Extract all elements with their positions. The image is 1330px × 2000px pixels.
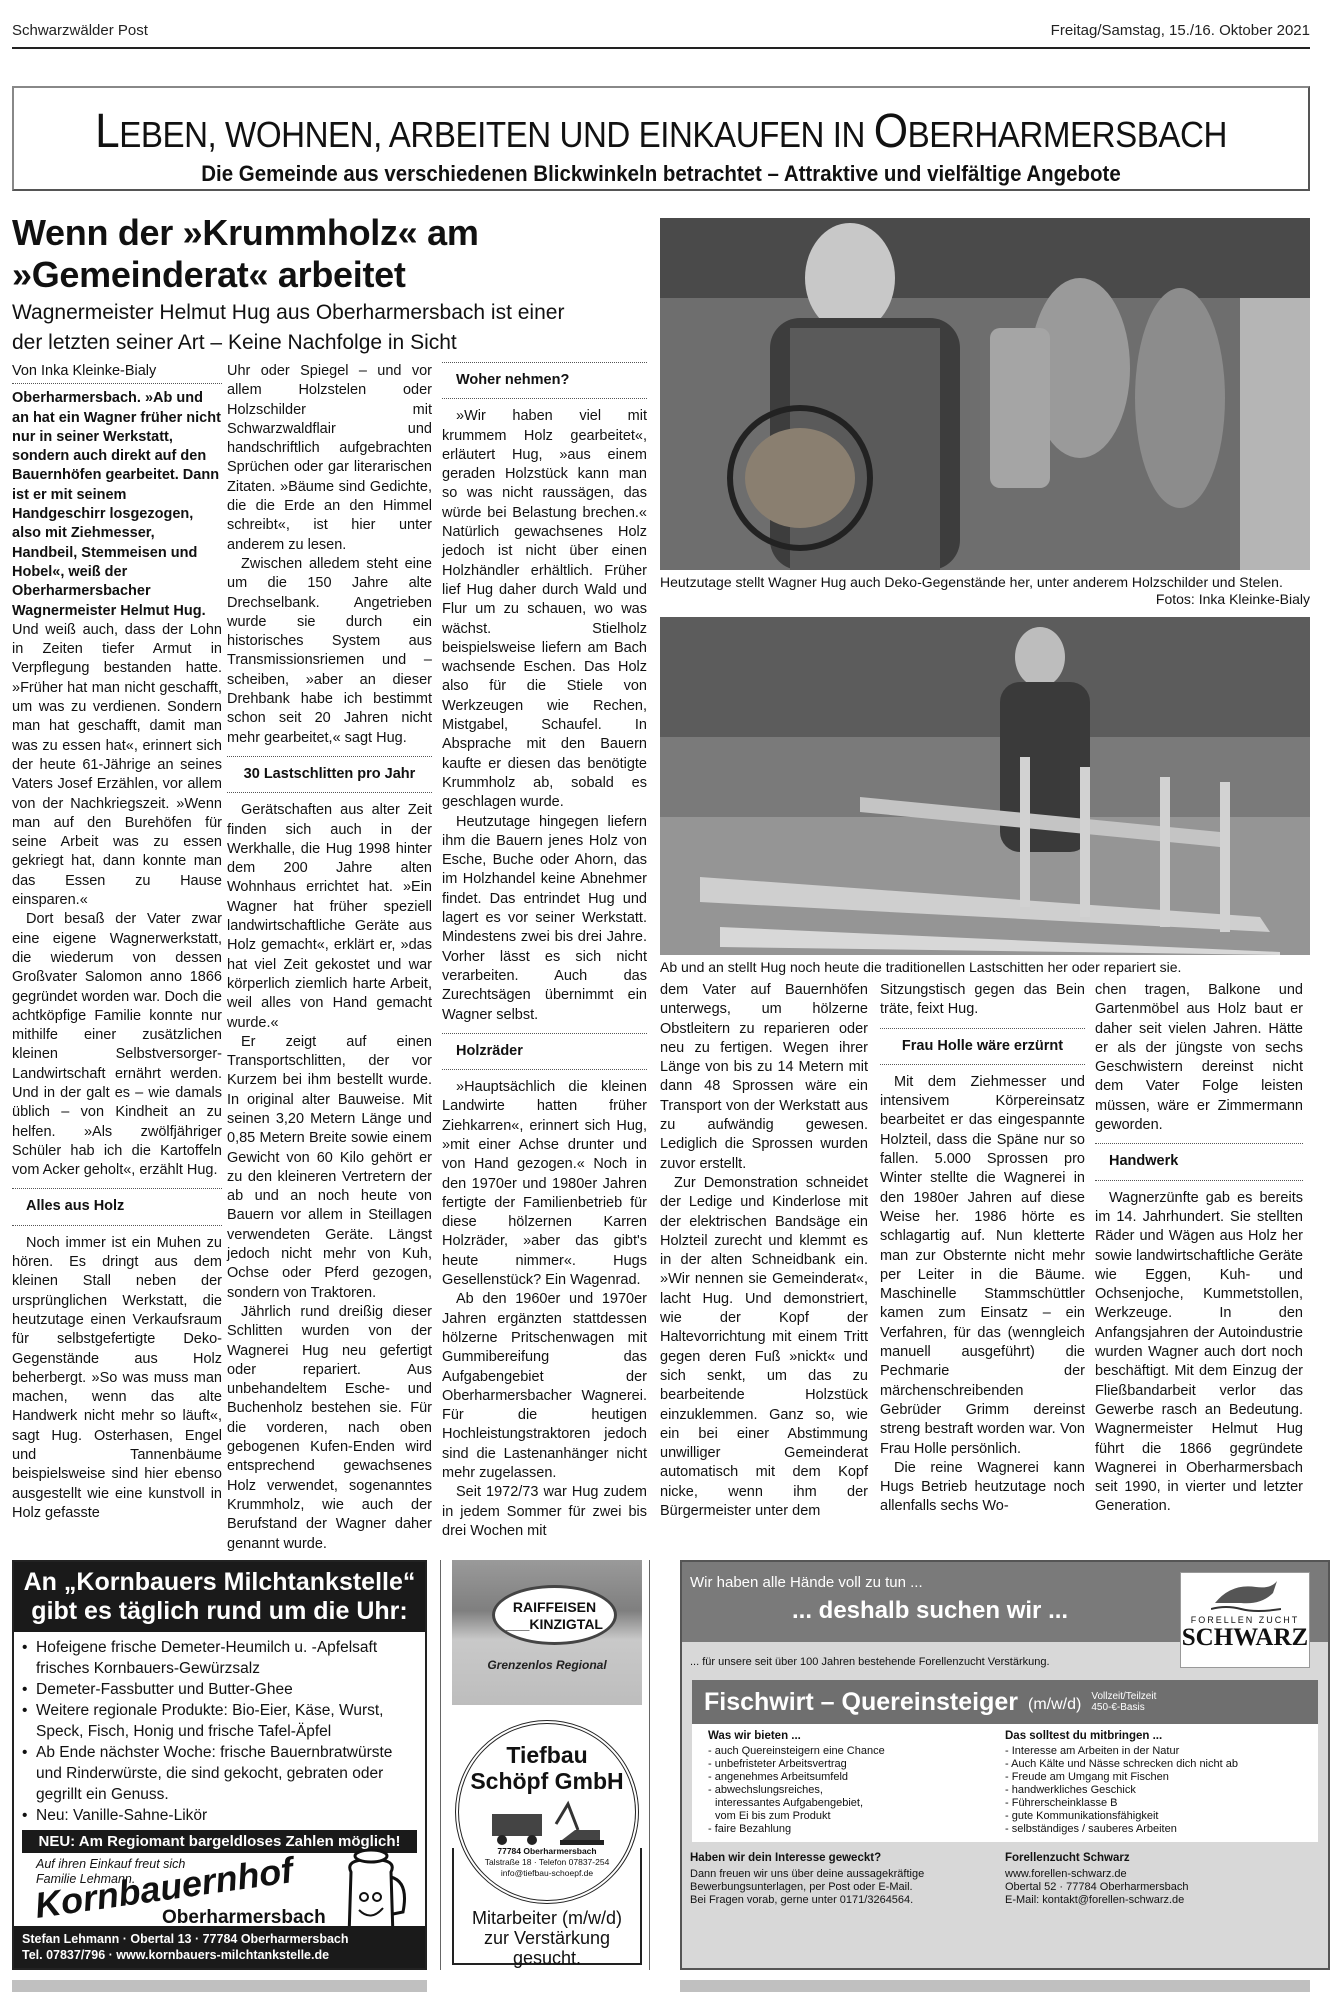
paragraph: »Wir haben viel mit krummem Holz gearbei… xyxy=(442,407,647,812)
sled-photo-image xyxy=(660,617,1310,955)
forellenzucht-logo: FORELLEN ZUCHT SCHWARZ xyxy=(1180,1572,1310,1668)
product-item: Ab Ende nächster Woche: frische Bauernbr… xyxy=(22,1742,417,1805)
paragraph: Zur Demonstration schneidet der Ledige u… xyxy=(660,1174,868,1521)
section-subtitle: Alles aus Holz xyxy=(12,1188,222,1225)
ad-headline: An „Kornbauers Milchtankstelle“ gibt es … xyxy=(14,1562,425,1632)
product-item: Hofeigene frische Demeter-Heumilch u. -A… xyxy=(22,1637,417,1679)
article-column-4: dem Vater auf Bauernhöfen unterwegs, um … xyxy=(660,981,868,1521)
section-subtitle: Frau Holle wäre erzürnt xyxy=(880,1028,1085,1065)
truck-excavator-icon xyxy=(490,1800,610,1848)
section-banner: LEBEN, WOHNEN, ARBEITEN UND EINKAUFEN IN… xyxy=(12,86,1310,191)
section-subtitle: 30 Lastschlitten pro Jahr xyxy=(227,756,432,793)
paragraph: Uhr oder Spiegel – und vor allem Holzste… xyxy=(227,362,432,555)
paragraph: Mit dem Ziehmesser und intensivem Körper… xyxy=(880,1073,1085,1459)
ad-contact-footer: Stefan Lehmann · Obertal 13 · 77784 Ober… xyxy=(14,1926,425,1968)
paragraph: dem Vater auf Bauernhöfen unterwegs, um … xyxy=(660,981,868,1174)
paragraph: Und weiß auch, dass der Lohn in Zeiten t… xyxy=(12,621,222,910)
ad-column-middle: RAIFFEISEN ___KINZIGTAL Grenzenlos Regio… xyxy=(440,1560,650,1970)
job-details: Was wir bieten ... - auch Quereinsteiger… xyxy=(692,1724,1318,1842)
product-item: Weitere regionale Produkte: Bio-Eier, Kä… xyxy=(22,1700,417,1742)
raiffeisen-tagline: Grenzenlos Regional xyxy=(452,1658,642,1672)
paragraph: Seit 1972/73 war Hug zudem in jedem Somm… xyxy=(442,1483,647,1541)
article-column-3: Woher nehmen? »Wir haben viel mit krumme… xyxy=(442,362,647,1541)
bottom-bar xyxy=(12,1980,427,1992)
photo-lastschlitten xyxy=(660,617,1310,955)
photo-credit: Fotos: Inka Kleinke-Bialy xyxy=(660,590,1310,608)
article-lead: Oberharmersbach. »Ab und an hat ein Wagn… xyxy=(12,389,222,621)
issue-date: Freitag/Samstag, 15./16. Oktober 2021 xyxy=(1051,22,1310,39)
article-column-2: Uhr oder Spiegel – und vor allem Holzste… xyxy=(227,362,432,1554)
article-subhead: Wagnermeister Helmut Hug aus Oberharmers… xyxy=(12,298,652,358)
paragraph: Er zeigt auf einen Transportschlitten, d… xyxy=(227,1033,432,1303)
paragraph: »Hauptsächlich die kleinen Landwirte hat… xyxy=(442,1078,647,1290)
ad-raiffeisen: RAIFFEISEN ___KINZIGTAL Grenzenlos Regio… xyxy=(452,1560,642,1705)
product-item: Neu: Vanille-Sahne-Likör xyxy=(22,1805,417,1826)
ad-kornbauernhof: An „Kornbauers Milchtankstelle“ gibt es … xyxy=(12,1560,427,1970)
paragraph: Die reine Wagnerei kann Hugs Betrieb heu… xyxy=(880,1459,1085,1517)
paragraph: Gerätschaften aus alter Zeit finden sich… xyxy=(227,801,432,1033)
section-subtitle: Woher nehmen? xyxy=(442,362,647,399)
article-column-6: chen tragen, Balkone und Gartenmöbel aus… xyxy=(1095,981,1303,1517)
banner-subtitle: Die Gemeinde aus verschiedenen Blickwink… xyxy=(59,161,1262,187)
masthead: Schwarzwälder Post Freitag/Samstag, 15./… xyxy=(12,22,1310,39)
ad-header: Wir haben alle Hände voll zu tun ... ...… xyxy=(682,1562,1328,1642)
application-info: Haben wir dein Interesse geweckt? Dann f… xyxy=(690,1852,1005,1907)
section-subtitle: Handwerk xyxy=(1095,1143,1303,1180)
paper-name: Schwarzwälder Post xyxy=(12,22,148,39)
photo-deko-gegenstaende xyxy=(660,218,1310,570)
company-info: Forellenzucht Schwarz www.forellen-schwa… xyxy=(1005,1852,1320,1907)
offer-list: Was wir bieten ... - auch Quereinsteiger… xyxy=(708,1730,1005,1836)
byline: Von Inka Kleinke-Bialy xyxy=(12,362,222,384)
paragraph: Sitzungstisch gegen das Bein träte, feix… xyxy=(880,981,1085,1020)
article-column-1: Von Inka Kleinke-Bialy Oberharmersbach. … xyxy=(12,362,222,1523)
bottom-bar xyxy=(680,1980,1310,1992)
photo-caption-2: Ab und an stellt Hug noch heute die trad… xyxy=(660,958,1310,976)
paragraph: Dort besaß der Vater zwar eine eigene Wa… xyxy=(12,910,222,1180)
paragraph: Ab den 1960er und 1970er Jahren ergänzte… xyxy=(442,1290,647,1483)
product-item: Demeter-Fassbutter und Butter-Ghee xyxy=(22,1679,417,1700)
product-list: Hofeigene frische Demeter-Heumilch u. -A… xyxy=(14,1632,425,1826)
photo-caption-1: Heutzutage stellt Wagner Hug auch Deko-G… xyxy=(660,573,1310,608)
paragraph: Jährlich rund dreißig dieser Schlitten w… xyxy=(227,1303,432,1554)
paragraph: Heutzutage hingegen liefern ihm die Baue… xyxy=(442,813,647,1025)
masthead-rule xyxy=(12,47,1310,49)
paragraph: chen tragen, Balkone und Gartenmöbel aus… xyxy=(1095,981,1303,1135)
ad-forellenzucht-schwarz: Wir haben alle Hände voll zu tun ... ...… xyxy=(680,1560,1330,1970)
raiffeisen-logo: RAIFFEISEN ___KINZIGTAL xyxy=(492,1585,617,1645)
ad-contact: Haben wir dein Interesse geweckt? Dann f… xyxy=(682,1842,1328,1907)
section-subtitle: Holzräder xyxy=(442,1033,647,1070)
paragraph: Wagnerzünfte gab es bereits im 14. Jahrh… xyxy=(1095,1189,1303,1517)
paragraph: Noch immer ist ein Muhen zu hören. Es dr… xyxy=(12,1234,222,1523)
workshop-photo-image xyxy=(660,218,1310,570)
ad-tiefbau-schoepf: Tiefbau Schöpf GmbH 77784 Oberharmersbac… xyxy=(452,1720,642,1965)
job-title-bar: Fischwirt – Quereinsteiger (m/w/d) Vollz… xyxy=(692,1680,1318,1724)
article-headline: Wenn der »Krummholz« am »Gemeinderat« ar… xyxy=(12,212,652,296)
requirements-list: Das solltest du mitbringen ... - Interes… xyxy=(1005,1730,1302,1836)
banner-title: LEBEN, WOHNEN, ARBEITEN UND EINKAUFEN IN… xyxy=(66,104,1256,159)
paragraph: Zwischen alledem steht eine um die 150 J… xyxy=(227,555,432,748)
article-column-5: Sitzungstisch gegen das Bein träte, feix… xyxy=(880,981,1085,1517)
trout-icon xyxy=(1211,1579,1281,1615)
job-ad-text: Mitarbeiter (m/w/d) zur Verstärkung gesu… xyxy=(452,1908,642,1968)
